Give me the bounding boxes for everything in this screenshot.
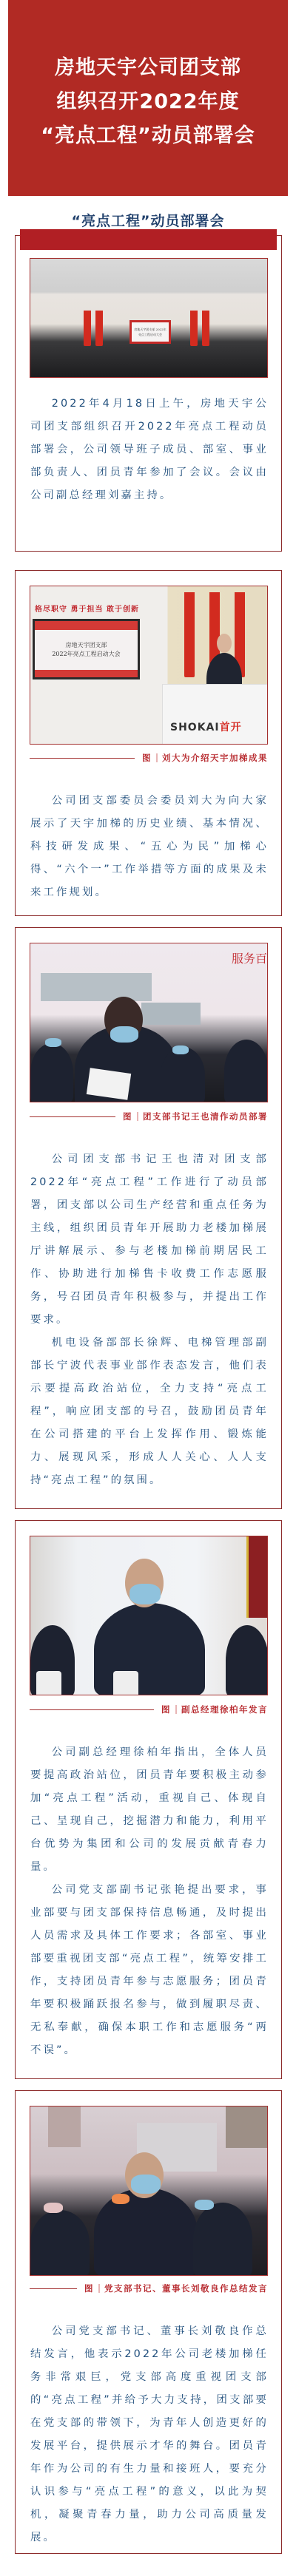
attendee-figure xyxy=(226,1625,268,1695)
caption-label: 图 xyxy=(123,1111,132,1122)
flag-icon xyxy=(95,311,103,346)
paragraph: 公司党支部书记、董事长刘敬良作总结发言，他表示2022年公司老楼加梯任务非常艰巨… xyxy=(30,2320,269,2549)
screen-line-2: 2022年亮点工程启动大会 xyxy=(35,650,138,658)
photo-board xyxy=(48,2106,81,2147)
attendee-figure xyxy=(224,1040,268,1102)
face-mask xyxy=(110,1026,138,1043)
article-card-3: 服务百 图 团支部书记王也清作动员部署 公司团支部书记王也清对团支部2022年“… xyxy=(15,927,282,1509)
meeting-room-scene xyxy=(30,259,267,377)
photo-reading-speech: 服务百 xyxy=(30,943,268,1102)
photo-caption: 图 副总经理徐柏年发言 xyxy=(30,1702,268,1717)
caption-divider xyxy=(175,1705,177,1714)
flag-icon xyxy=(84,311,91,346)
section-title: “亮点工程”动员部署会 xyxy=(0,210,296,230)
screen-footer-bar xyxy=(35,670,138,677)
face-mask xyxy=(172,1045,189,1054)
paragraph: 公司团支部书记王也清对团支部2022年“亮点工程”工作进行了动员部署，团支部以公… xyxy=(30,1148,269,1332)
photo-board xyxy=(141,1003,201,1025)
photo-board xyxy=(226,2106,268,2148)
flag-icon xyxy=(184,592,195,677)
logo-text: SHOKAI xyxy=(170,722,220,733)
article-card-4: 图 副总经理徐柏年发言 公司副总经理徐柏年指出，全体人员要提高政治站位，团员青年… xyxy=(15,1520,282,2079)
caption-label: 图 xyxy=(84,2282,94,2294)
face-mask xyxy=(45,1038,61,1047)
logo-text-cn: 首开 xyxy=(220,722,242,733)
hero-title-line-2: 组织召开2022年度 xyxy=(56,85,239,119)
screen-line-1: 房地天宇团支部 xyxy=(35,641,138,649)
article-card-2: 格尽职守 勇于担当 敢于创新 房地天宇团支部 2022年亮点工程启动大会 SHO… xyxy=(15,570,282,916)
caption-text: 团支部书记王也清作动员部署 xyxy=(143,1111,268,1122)
flag-icon xyxy=(202,311,209,346)
hero-banner: 房地天宇公司团支部 组织召开2022年度 “亮点工程”动员部署会 xyxy=(8,0,288,196)
presentation-screen: 房地天宇团支部 2022年亮点工程启动大会 xyxy=(129,320,171,344)
paragraph: 机电设备部部长徐辉、电梯管理部副部长宁波代表事业部作表态发言，他们表示要提高政治… xyxy=(30,1332,269,1492)
photo-meeting-room: 房地天宇团支部 2022年亮点工程启动大会 xyxy=(30,258,268,378)
banner-pennant xyxy=(246,1536,267,1618)
caption-divider xyxy=(98,2284,100,2293)
face-mask xyxy=(195,2200,214,2210)
photo-chairman-summary xyxy=(30,2106,268,2276)
paragraph: 公司团支部委员会委员刘大为向大家展示了天宇加梯的历史业绩、基本情况、科技研发成果… xyxy=(30,790,269,904)
caption-label: 图 xyxy=(142,752,152,764)
photo-caption: 图 团支部书记王也清作动员部署 xyxy=(30,1109,268,1124)
paragraph: 2022年4月18日上午，房地天宇公司团支部组织召开2022年亮点工程动员部署会… xyxy=(30,393,269,507)
card-3-body: 公司团支部书记王也清对团支部2022年“亮点工程”工作进行了动员部署，团支部以公… xyxy=(30,1148,269,1492)
photo-presenter: 格尽职守 勇于担当 敢于创新 房地天宇团支部 2022年亮点工程启动大会 SHO… xyxy=(30,586,268,745)
face-mask xyxy=(129,1584,161,1604)
caption-divider xyxy=(156,753,158,762)
article-card-5: 图 党支部书记、董事长刘敬良作总结发言 公司党支部书记、董事长刘敬良作总结发言，… xyxy=(15,2090,282,2554)
caption-text: 副总经理徐柏年发言 xyxy=(181,1704,268,1715)
podium-logo: SHOKAI首开 xyxy=(170,719,263,734)
caption-rule xyxy=(30,2288,77,2289)
face-mask xyxy=(131,2175,161,2194)
caption-text: 刘大为介绍天宇加梯成果 xyxy=(162,752,268,764)
photo-board xyxy=(41,973,152,1001)
paper-sheet xyxy=(87,1068,131,1099)
card-4-body: 公司副总经理徐柏年指出，全体人员要提高政治站位，团员青年要积极主动参加“亮点工程… xyxy=(30,1741,269,2062)
photo-caption: 图 刘大为介绍天宇加梯成果 xyxy=(30,750,268,765)
speaker-figure xyxy=(94,2188,198,2276)
caption-rule xyxy=(30,758,135,759)
tea-cup xyxy=(36,1671,61,1695)
face-mask xyxy=(112,2194,129,2204)
card-1-body: 2022年4月18日上午，房地天宇公司团支部组织召开2022年亮点工程动员部署会… xyxy=(30,393,269,507)
card-2-body: 公司团支部委员会委员刘大为向大家展示了天宇加梯的历史业绩、基本情况、科技研发成果… xyxy=(30,790,269,904)
podium: SHOKAI首开 xyxy=(162,684,268,745)
screen-header-bar xyxy=(35,621,138,630)
photo-deputy-gm-speech xyxy=(30,1536,268,1695)
presentation-screen: 房地天宇团支部 2022年亮点工程启动大会 xyxy=(33,619,140,679)
caption-label: 图 xyxy=(161,1704,171,1715)
section-banner xyxy=(20,229,277,250)
card-5-body: 公司党支部书记、董事长刘敬良作总结发言，他表示2022年公司老楼加梯任务非常艰巨… xyxy=(30,2320,269,2549)
wall-text: 服务百 xyxy=(232,949,267,966)
article-card-1: 房地天宇团支部 2022年亮点工程启动大会 2022年4月18日上午，房地天宇公… xyxy=(15,235,282,552)
presenter-head xyxy=(217,634,232,653)
paragraph: 公司党支部副书记张艳提出要求，事业部要与团支部保持信息畅通，及时提出人员需求及具… xyxy=(30,1879,269,2062)
hero-title-line-1: 房地天宇公司团支部 xyxy=(55,51,241,85)
attendee-figure xyxy=(161,1047,205,1102)
screen-text: 房地天宇团支部 2022年亮点工程启动大会 xyxy=(132,327,169,337)
caption-rule xyxy=(30,1709,154,1710)
wall-slogan: 格尽职守 勇于担当 敢于创新 xyxy=(35,603,139,614)
photo-caption: 图 党支部书记、董事长刘敬良作总结发言 xyxy=(30,2281,268,2296)
attendee-figure xyxy=(30,2210,90,2276)
flag-icon xyxy=(190,311,198,346)
attendee-figure xyxy=(30,1043,73,1102)
tea-cup xyxy=(113,1671,138,1695)
face-mask xyxy=(44,2203,63,2213)
attendee-figure xyxy=(193,2203,252,2276)
paragraph: 公司副总经理徐柏年指出，全体人员要提高政治站位，团员青年要积极主动参加“亮点工程… xyxy=(30,1741,269,1879)
caption-text: 党支部书记、董事长刘敬良作总结发言 xyxy=(104,2282,268,2294)
caption-divider xyxy=(137,1112,138,1121)
speaker-figure xyxy=(94,1603,205,1695)
caption-rule xyxy=(30,1116,115,1117)
hero-title-line-3: “亮点工程”动员部署会 xyxy=(41,119,255,153)
